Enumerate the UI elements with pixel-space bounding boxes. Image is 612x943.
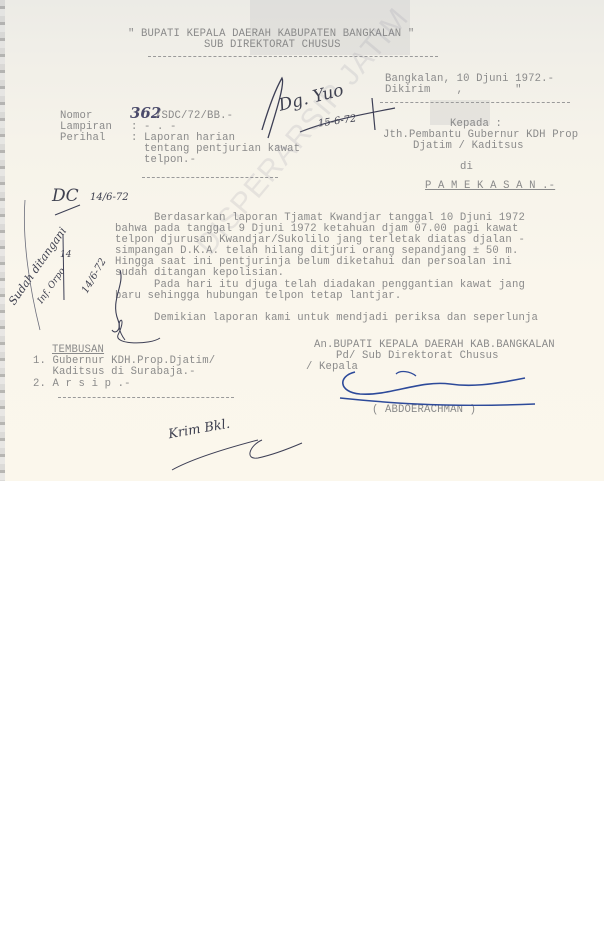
- handwritten-dc: DC: [52, 186, 79, 206]
- letterhead-rule: [148, 56, 438, 57]
- body-line: sudah ditangan kepolisian.: [115, 268, 284, 279]
- perihal-line2: tentang pentjurian kawat: [131, 144, 300, 155]
- signature-line3: / Kepala: [306, 362, 358, 373]
- perihal-line1: : Laporan harian: [131, 133, 235, 144]
- handwritten-date-left2: 14/6-72: [80, 257, 109, 296]
- body-line: Demikian laporan kami untuk mendjadi per…: [115, 313, 538, 324]
- place-date: Bangkalan, 10 Djuni 1972.-: [385, 74, 554, 85]
- dikirim-line: Dikirim , ": [385, 85, 522, 96]
- perihal-line3: telpon.-: [131, 155, 196, 166]
- tembusan-item: 1. Gubernur KDH.Prop.Djatim/: [33, 356, 215, 367]
- letterhead-line1: " BUPATI KEPALA DAERAH KABUPATEN BANGKAL…: [128, 29, 414, 40]
- addressee-line2: Djatim / Kaditsus: [413, 141, 524, 152]
- lampiran-label: Lampiran: [60, 122, 112, 133]
- body-line: bahwa pada tanggal 9 Djuni 1972 ketahuan…: [115, 224, 518, 235]
- scanned-letter: " BUPATI KEPALA DAERAH KABUPATEN BANGKAL…: [0, 0, 604, 481]
- tembusan-title: TEMBUSAN: [52, 345, 104, 356]
- scan-edge: [0, 0, 5, 481]
- lampiran-value: : - . -: [131, 122, 177, 133]
- handwritten-number: 14: [60, 250, 71, 260]
- letterhead-line2: SUB DIREKTORAT CHUSUS: [204, 40, 341, 51]
- addressee-di: di: [460, 162, 473, 173]
- body-line: simpangan D.K.A. telah hilang ditjuri or…: [115, 246, 518, 257]
- nomor-label: Nomor: [60, 111, 93, 122]
- tembusan-item: 2. A r s i p .-: [33, 379, 131, 390]
- date-rule: [380, 102, 570, 103]
- body-line: Pada hari itu djuga telah diadakan pengg…: [115, 280, 525, 291]
- handwritten-date-left: 14/6-72: [90, 192, 129, 203]
- perihal-label: Perihal: [60, 133, 106, 144]
- body-line: telpon djurusan Kwandjar/Sukolilo jang t…: [115, 235, 525, 246]
- nomor-value: /SDC/72/BB.-: [155, 111, 233, 122]
- signature-line1: An.BUPATI KEPALA DAERAH KAB.BANGKALAN: [314, 340, 555, 351]
- tembusan-item: Kaditsus di Surabaja.-: [33, 367, 196, 378]
- signature-line2: Pd/ Sub Direktorat Chusus: [336, 351, 499, 362]
- body-line: Hingga saat ini pentjurinja belum diketa…: [115, 257, 512, 268]
- body-line: Berdasarkan laporan Tjamat Kwandjar tang…: [115, 213, 525, 224]
- signatory-name: ( ABDOERACHMAN ): [372, 405, 476, 416]
- addressee-line1: Jth.Pembantu Gubernur KDH Prop: [383, 130, 578, 141]
- body-line: baru sehingga hubungan telpon tetap lant…: [115, 291, 401, 302]
- kepada-label: Kepada :: [450, 119, 502, 130]
- tembusan-rule: [58, 397, 234, 398]
- handwritten-bottom-note: Krim Bkl.: [167, 417, 231, 443]
- addressee-city: P A M E K A S A N .-: [425, 181, 555, 192]
- handwritten-date: 15-6-72: [317, 113, 357, 129]
- handwritten-initials: Dg. Yuo: [277, 80, 346, 115]
- perihal-rule: [142, 177, 278, 178]
